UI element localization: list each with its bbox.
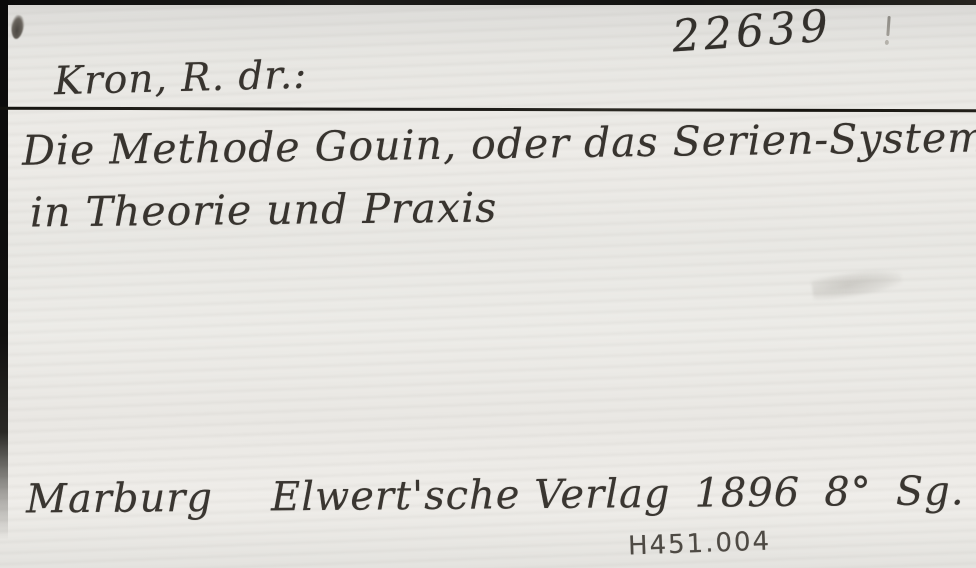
title-line-1: Die Methode Gouin, oder das Serien-Syste… — [22, 113, 976, 174]
imprint-publisher: Elwert'sche Verlag — [271, 471, 671, 520]
imprint-place: Marburg — [26, 475, 213, 523]
imprint-year: 1896 — [694, 470, 800, 517]
author-heading: Kron, R. dr.: — [53, 53, 307, 105]
stray-ink-mark — [886, 16, 890, 36]
ink-blot-mark — [9, 14, 25, 40]
pencil-smudge-mark — [811, 266, 903, 302]
title-line-2: in Theorie und Praxis — [30, 184, 498, 237]
imprint-format: 8° — [824, 469, 872, 515]
imprint-shelfmark: Sg. 164 — [896, 468, 976, 515]
accession-number: 22639 — [670, 0, 833, 62]
catalog-card: 22639 Kron, R. dr.: Die Methode Gouin, o… — [0, 0, 976, 568]
card-left-edge — [0, 0, 8, 540]
imprint-line: Marburg Elwert'sche Verlag 1896 8° Sg. 1… — [26, 468, 976, 523]
call-number: H451.004 — [628, 527, 772, 562]
ruled-divider-line — [0, 107, 976, 113]
